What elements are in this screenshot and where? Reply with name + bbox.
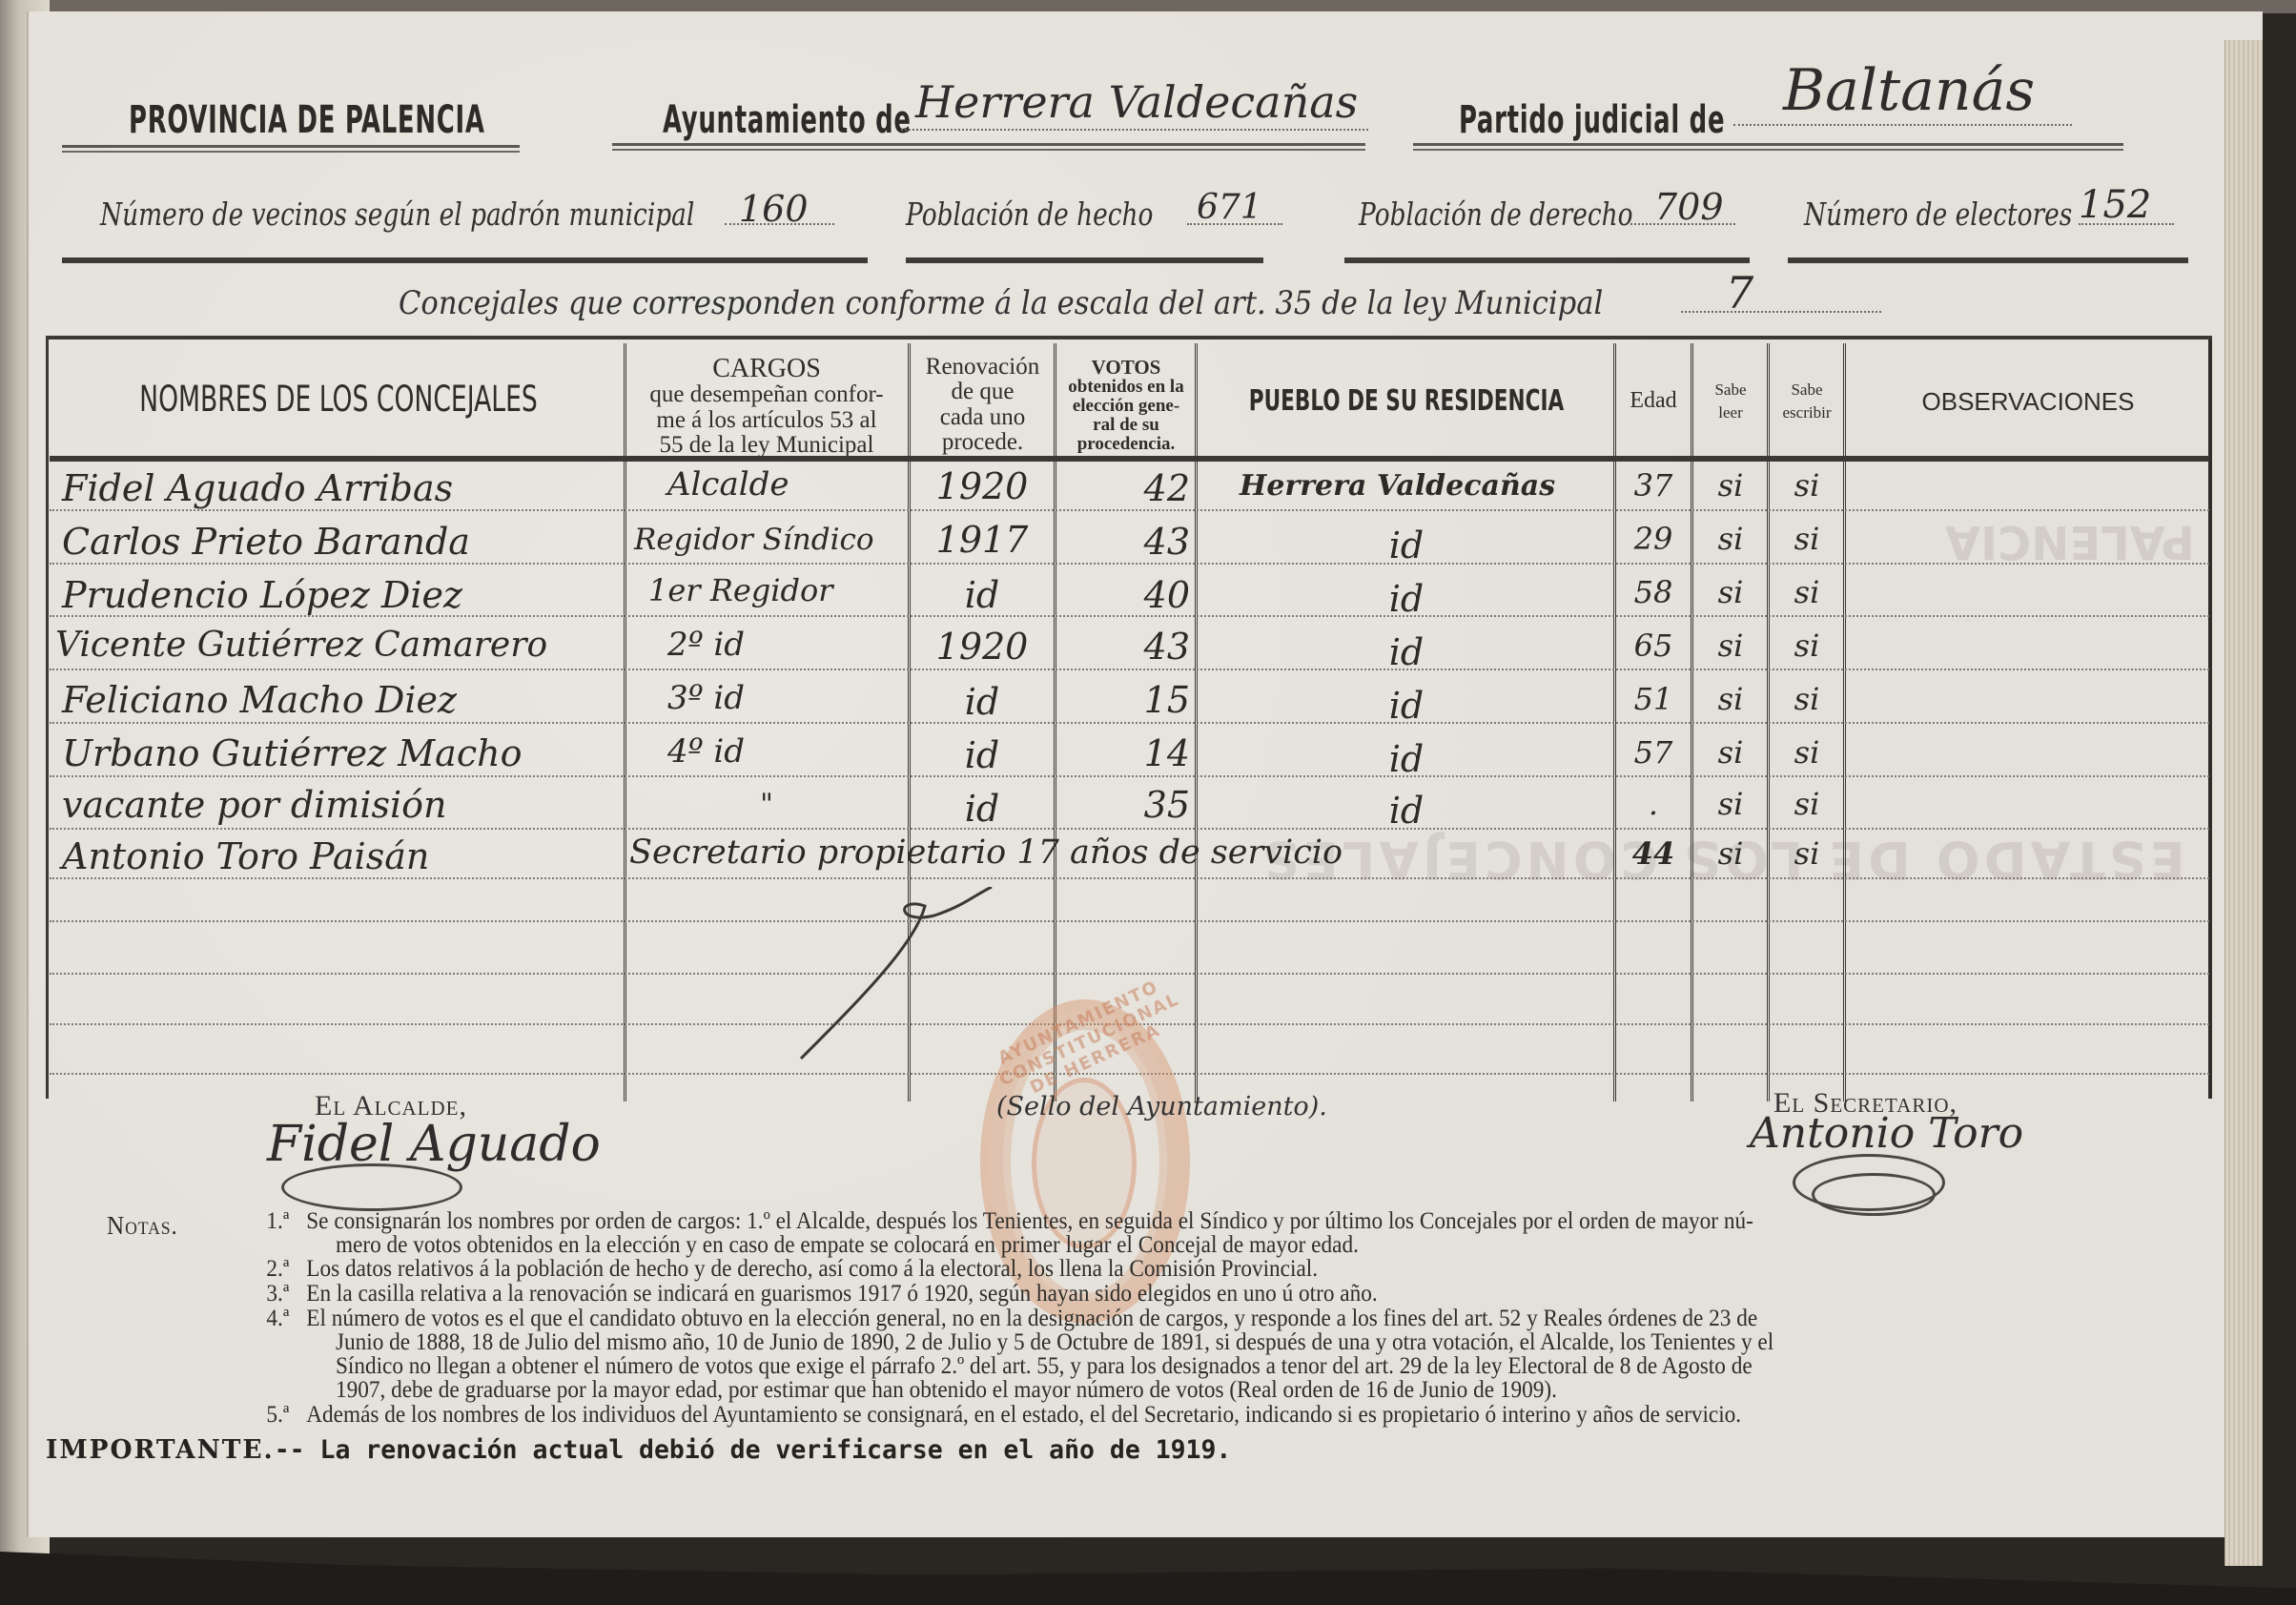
cell-edad: 58	[1618, 574, 1689, 610]
cell-pueblo: id	[1201, 631, 1611, 673]
rule	[62, 257, 868, 263]
header-cargos-line: 55 de la ley Municipal	[627, 433, 906, 458]
important-text: -- La renovación actual debió de verific…	[275, 1435, 1232, 1465]
important-notice: IMPORTANTE.-- La renovación actual debió…	[46, 1435, 1231, 1465]
cell-cargo: "	[627, 788, 906, 821]
note-number: 1.ª	[266, 1209, 301, 1234]
cell-sabe-escribir: si	[1772, 467, 1842, 504]
cell-nombre: Antonio Toro Paisán	[62, 835, 429, 877]
derecho-label: Población de derecho	[1359, 195, 1633, 233]
hecho-value: 671	[1197, 188, 1262, 227]
header-cargos-line: me á los artículos 53 al	[627, 408, 906, 433]
rule	[1344, 257, 1750, 263]
header-renovacion-line: cada uno	[913, 405, 1052, 430]
cell-votos: 43	[1058, 626, 1190, 668]
cell-pueblo: id	[1201, 685, 1611, 727]
cell-renovacion: 1920	[915, 626, 1049, 668]
partido-value: Baltanás	[1783, 57, 2035, 124]
header-renovacion-line: de que	[913, 380, 1052, 404]
table-top-border	[46, 336, 2212, 340]
cell-sabe-escribir: si	[1772, 574, 1842, 610]
concejales-field-line	[1681, 311, 1881, 313]
cell-renovacion: id	[915, 681, 1049, 723]
alcalde-signature: Fidel Aguado	[267, 1116, 601, 1173]
note-text: En la casilla relativa a la renovación s…	[306, 1282, 1377, 1307]
header-renovacion-line: Renovación	[913, 355, 1052, 380]
rule	[1413, 143, 2123, 151]
cell-sabe-escribir: si	[1772, 786, 1842, 822]
cell-sabe-escribir: si	[1772, 681, 1842, 717]
row-line	[50, 775, 2209, 777]
cell-nombre: Prudencio López Diez	[62, 574, 462, 616]
cell-pueblo: id	[1201, 525, 1611, 566]
header-sabe-leer-line: leer	[1695, 404, 1766, 422]
header-votos-line: obtenidos en la	[1058, 378, 1194, 397]
header-nombres: NOMBRES DE LOS CONCEJALES	[113, 381, 564, 419]
cell-sabe-leer: si	[1695, 628, 1766, 664]
row-line	[50, 920, 2209, 922]
cell-cargo: Secretario propietario 17 años de servic…	[629, 833, 1343, 872]
note-text: Los datos relativos á la población de he…	[306, 1257, 1318, 1282]
cell-sabe-escribir: si	[1772, 734, 1842, 771]
note-text: Junio de 1888, 18 de Julio del mismo año…	[336, 1330, 1773, 1355]
row-line	[50, 722, 2209, 724]
rule	[612, 143, 1365, 151]
cell-pueblo: id	[1201, 738, 1611, 780]
cell-edad: 65	[1618, 628, 1689, 664]
header-sabe-leer: Sabe leer	[1695, 381, 1766, 422]
cell-nombre: Vicente Gutiérrez Camarero	[55, 626, 547, 665]
header-sabe-escribir-line: escribir	[1772, 404, 1842, 422]
header-pueblo: PUEBLO DE SU RESIDENCIA	[1242, 386, 1570, 417]
cell-nombre: Urbano Gutiérrez Macho	[62, 732, 522, 774]
cell-edad: 37	[1618, 467, 1689, 504]
header-cargos: CARGOS que desempeñan confor- me á los a…	[627, 355, 906, 458]
cell-renovacion: id	[915, 788, 1049, 830]
concejales-value: 7	[1726, 267, 1753, 319]
cell-nombre: Feliciano Macho Diez	[62, 679, 457, 721]
electores-value: 152	[2079, 183, 2151, 227]
scan-bottom-shadow	[0, 1538, 2296, 1605]
important-lead: IMPORTANTE.	[46, 1435, 275, 1465]
row-line	[50, 563, 2209, 565]
cell-votos: 15	[1058, 679, 1190, 721]
notes-section: Notas. 1.ª Se consignarán los nombres po…	[107, 1209, 2058, 1429]
closing-pen-stroke	[782, 887, 1030, 1068]
cell-renovacion: 1917	[915, 519, 1049, 561]
cell-edad: .	[1618, 786, 1689, 822]
cell-renovacion: 1920	[915, 465, 1049, 507]
cell-sabe-leer: si	[1695, 467, 1766, 504]
row-line	[50, 828, 2209, 830]
partido-field-line	[1733, 124, 2072, 126]
header-edad: Edad	[1618, 389, 1689, 413]
cell-sabe-leer: si	[1695, 734, 1766, 771]
cell-renovacion: id	[915, 574, 1049, 616]
header-observaciones: OBSERVACIONES	[1848, 389, 2208, 415]
rule	[1788, 257, 2188, 263]
row-line	[50, 509, 2209, 511]
ayuntamiento-field-line	[901, 129, 1368, 131]
cell-cargo: 1er Regidor	[648, 572, 833, 608]
cell-cargo: 3º id	[667, 679, 745, 717]
header-cargos-line: que desempeñan confor-	[627, 382, 906, 407]
cell-nombre: Carlos Prieto Baranda	[62, 521, 470, 563]
ayuntamiento-label: Ayuntamiento de	[663, 98, 912, 142]
cell-sabe-leer: si	[1695, 786, 1766, 822]
cell-sabe-escribir: si	[1772, 628, 1842, 664]
page-stack-edge	[2224, 40, 2263, 1566]
notes-label: Notas.	[107, 1213, 178, 1238]
derecho-value: 709	[1654, 186, 1724, 228]
sello-label: (Sello del Ayuntamiento).	[996, 1092, 1327, 1121]
rule	[906, 257, 1263, 263]
cell-pueblo: id	[1201, 578, 1611, 620]
cell-pueblo: Herrera Valdecañas	[1240, 469, 1555, 503]
note-number: 3.ª	[266, 1282, 301, 1307]
row-line	[50, 669, 2209, 670]
header-rule	[50, 456, 2209, 462]
cell-votos: 43	[1058, 521, 1190, 563]
rule	[62, 145, 520, 153]
cell-sabe-leer: si	[1695, 521, 1766, 557]
row-line	[50, 877, 2209, 879]
note-text: Además de los nombres de los individuos …	[306, 1403, 1741, 1428]
cell-nombre: vacante por dimisión	[62, 784, 447, 826]
cell-edad: 44	[1618, 835, 1689, 872]
vecinos-label: Número de vecinos según el padrón munici…	[100, 195, 694, 233]
cell-cargo: Regidor Síndico	[634, 523, 874, 557]
cell-edad: 57	[1618, 734, 1689, 771]
header-renovacion: Renovación de que cada uno procede.	[913, 355, 1052, 455]
note-number: 4.ª	[266, 1307, 301, 1331]
electores-label: Número de electores	[1804, 195, 2072, 233]
cell-cargo: 4º id	[667, 732, 745, 771]
cell-votos: 42	[1058, 467, 1190, 509]
note-text: Se consignarán los nombres por orden de …	[306, 1209, 1753, 1234]
header-votos-line: procedencia.	[1058, 435, 1194, 454]
vecinos-value: 160	[739, 188, 809, 230]
concejales-label: Concejales que corresponden conforme á l…	[399, 284, 1603, 322]
header-votos-title: VOTOS	[1058, 357, 1194, 378]
cell-edad: 29	[1618, 521, 1689, 557]
header-sabe-leer-line: Sabe	[1695, 381, 1766, 399]
header-sabe-escribir-line: Sabe	[1772, 381, 1842, 399]
cell-nombre: Fidel Aguado Arribas	[62, 467, 453, 509]
note-text: Síndico no llegan a obtener el número de…	[336, 1354, 1753, 1379]
header-votos: VOTOS obtenidos en la elección gene- ral…	[1058, 357, 1194, 454]
cell-edad: 51	[1618, 681, 1689, 717]
cell-sabe-leer: si	[1695, 681, 1766, 717]
secretario-signature: Antonio Toro	[1750, 1109, 2023, 1158]
header-votos-line: ral de su	[1058, 416, 1194, 435]
row-line	[50, 973, 2209, 975]
header-sabe-escribir: Sabe escribir	[1772, 381, 1842, 422]
cell-renovacion: id	[915, 734, 1049, 776]
ayuntamiento-value: Herrera Valdecañas	[915, 76, 1358, 128]
partido-label: Partido judicial de	[1459, 98, 1725, 142]
cell-votos: 35	[1058, 784, 1190, 826]
header-cargos-title: CARGOS	[627, 355, 906, 382]
note-number: 2.ª	[266, 1257, 301, 1282]
cell-votos: 14	[1058, 732, 1190, 774]
cell-sabe-leer: si	[1695, 835, 1766, 872]
cell-sabe-escribir: si	[1772, 835, 1842, 872]
cell-cargo: 2º id	[667, 626, 745, 664]
note-text: 1907, debe de graduarse por la mayor eda…	[336, 1378, 1557, 1403]
province-title: PROVINCIA DE PALENCIA	[129, 98, 485, 142]
cell-pueblo: id	[1201, 790, 1611, 832]
note-text: mero de votos obtenidos en la elección y…	[336, 1233, 1359, 1258]
header-renovacion-line: procede.	[913, 430, 1052, 455]
header-votos-line: elección gene-	[1058, 397, 1194, 416]
note-number: 5.ª	[266, 1403, 301, 1428]
note-text: El número de votos es el que el candidat…	[306, 1307, 1757, 1331]
cell-sabe-escribir: si	[1772, 521, 1842, 557]
cell-cargo: Alcalde	[667, 465, 789, 504]
cell-sabe-leer: si	[1695, 574, 1766, 610]
signature-flourish	[281, 1163, 462, 1211]
cell-votos: 40	[1058, 574, 1190, 616]
hecho-label: Población de hecho	[906, 195, 1153, 233]
